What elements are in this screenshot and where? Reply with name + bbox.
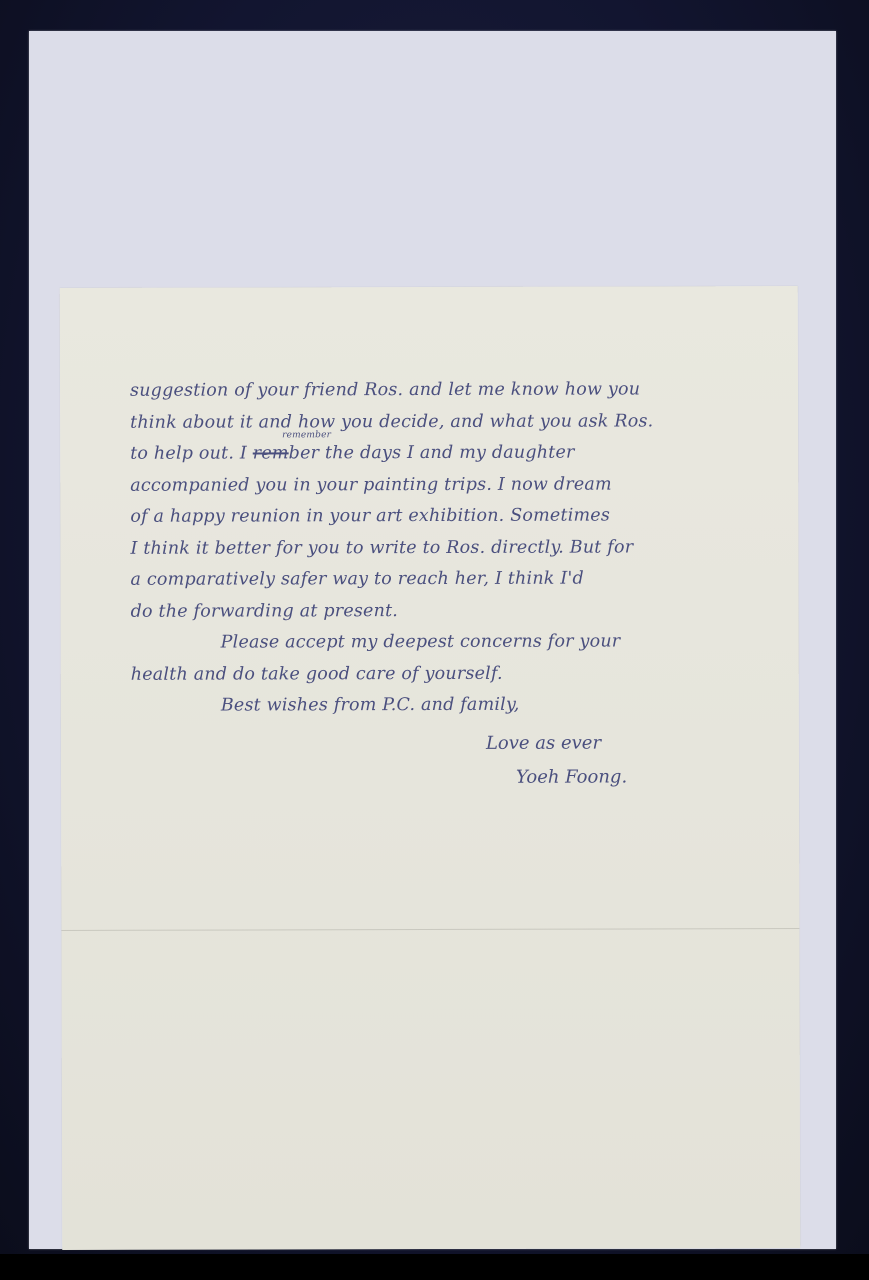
letter-closing: Love as ever Yoeh Foong. [486, 726, 627, 794]
body-line: do the forwarding at present. [131, 595, 751, 628]
paper-fold-line [61, 928, 799, 931]
line-prefix: to help out. I [130, 443, 253, 463]
body-line: health and do take good care of yourself… [131, 658, 751, 691]
struck-text: rem [253, 443, 289, 463]
body-line: think about it and how you decide, and w… [130, 406, 750, 439]
body-line-with-correction: to help out. I rember the days I and my … [130, 437, 750, 470]
letter-page: suggestion of your friend Ros. and let m… [60, 286, 801, 1250]
body-line: Please accept my deepest concerns for yo… [131, 626, 751, 659]
signature: Yoeh Foong. [486, 760, 627, 794]
letter-body: suggestion of your friend Ros. and let m… [130, 374, 751, 722]
body-line: suggestion of your friend Ros. and let m… [130, 374, 750, 407]
bottom-black-band [0, 1254, 869, 1280]
body-line: a comparatively safer way to reach her, … [130, 563, 750, 596]
line-continued: ber the days I and my daughter [289, 443, 575, 464]
body-line: of a happy reunion in your art exhibitio… [130, 500, 750, 533]
body-line: Best wishes from P.C. and family, [131, 689, 751, 722]
inserted-correction: remember [282, 430, 331, 440]
body-line: I think it better for you to write to Ro… [130, 532, 750, 565]
body-line: accompanied you in your painting trips. … [130, 469, 750, 502]
closing-phrase: Love as ever [486, 726, 627, 760]
